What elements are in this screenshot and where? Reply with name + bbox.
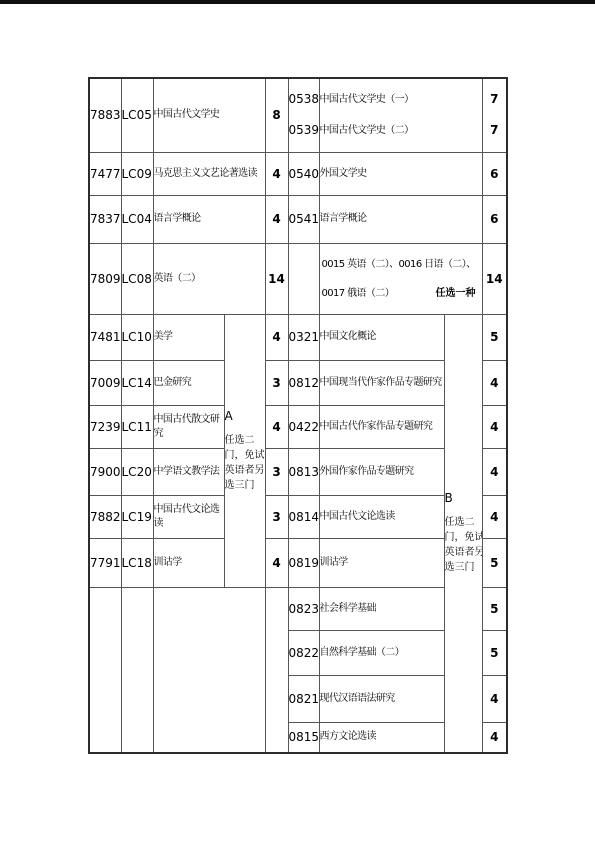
natl-credit-cell: 4: [482, 405, 507, 448]
exam-code-cell: 7900: [89, 448, 121, 495]
exam-code-cell: 7882: [89, 495, 121, 538]
lc-code-cell: LC19: [121, 495, 153, 538]
natl-credit-cell: 4: [482, 495, 507, 538]
credit-cell: 4: [265, 152, 288, 195]
credit-cell: 4: [265, 538, 288, 587]
group-b-cell: B 任选二门，免试英语者另选三门: [444, 314, 482, 753]
natl-credit-cell: 4: [482, 675, 507, 722]
natl-code-cell: 0541: [288, 195, 319, 243]
exam-code-cell: 7477: [89, 152, 121, 195]
scan-artifact-bar: [0, 0, 595, 4]
natl-code-cell: 0822: [288, 630, 319, 675]
natl-course-name-cell: 语言学概论: [319, 195, 482, 243]
natl-course-name-cell: 外国作家作品专题研究: [319, 448, 444, 495]
exam-code-cell: 7809: [89, 243, 121, 314]
empty-credit-cell: [265, 587, 288, 753]
course-name-cell: 中学语文教学法: [153, 448, 224, 495]
empty-lc-code-cell: [121, 587, 153, 753]
natl-credit-cell: 14: [482, 243, 507, 314]
table-row: 7809 LC08 英语（二） 14 0015 英语（二）、0016 日语（二）…: [89, 243, 507, 314]
lc-code-cell: LC14: [121, 360, 153, 405]
document-page: 7883 LC05 中国古代文学史 8 0538 0539 中国古代文学史（一）…: [0, 0, 595, 841]
natl-credit-cell: 5: [482, 314, 507, 360]
natl-course-name-cell: 中国古代文学史（一） 中国古代文学史（二）: [319, 78, 482, 152]
natl-course-name-cell: 中国现当代作家作品专题研究: [319, 360, 444, 405]
natl-code-cell: 0819: [288, 538, 319, 587]
group-b-label: B: [445, 491, 482, 505]
group-a-label: A: [225, 409, 265, 423]
natl-code-cell: 0823: [288, 587, 319, 630]
natl-course-name-cell: 外国文学史: [319, 152, 482, 195]
natl-course-name-cell: 训诂学: [319, 538, 444, 587]
lc-code-cell: LC20: [121, 448, 153, 495]
table-row: 7477 LC09 马克思主义文艺论著选读 4 0540 外国文学史 6: [89, 152, 507, 195]
natl-code-cell: 0538 0539: [288, 78, 319, 152]
exam-code-cell: 7837: [89, 195, 121, 243]
language-option: 0017 俄语（二）: [322, 279, 395, 308]
natl-course-name-cell: 社会科学基础: [319, 587, 444, 630]
credit-cell: 3: [265, 495, 288, 538]
exam-code-cell: 7009: [89, 360, 121, 405]
natl-code-cell: 0812: [288, 360, 319, 405]
elective-note: 任选一种: [436, 279, 476, 308]
natl-course-name-cell: 0015 英语（二）、0016 日语（二）、 0017 俄语（二） 任选一种: [319, 243, 482, 314]
credit-cell: 3: [265, 360, 288, 405]
lc-code-cell: LC04: [121, 195, 153, 243]
natl-code-cell: 0815: [288, 722, 319, 753]
credit-cell: 3: [265, 448, 288, 495]
course-name-cell: 巴金研究: [153, 360, 224, 405]
natl-credit-cell: 6: [482, 152, 507, 195]
lc-code-cell: LC11: [121, 405, 153, 448]
table-row: 7883 LC05 中国古代文学史 8 0538 0539 中国古代文学史（一）…: [89, 78, 507, 152]
lc-code-cell: LC08: [121, 243, 153, 314]
natl-code-cell: 0321: [288, 314, 319, 360]
course-name-cell: 美学: [153, 314, 224, 360]
natl-code-cell: [288, 243, 319, 314]
natl-credit-cell: 4: [482, 722, 507, 753]
credit-cell: 4: [265, 405, 288, 448]
course-name-cell: 中国古代文学史: [153, 78, 265, 152]
exam-code-cell: 7481: [89, 314, 121, 360]
group-a-note: 任选二门，免试英语者另选三门: [225, 433, 265, 493]
language-options-line1: 0015 英语（二）、0016 日语（二）、: [320, 250, 482, 279]
natl-code-cell: 0814: [288, 495, 319, 538]
credit-cell: 14: [265, 243, 288, 314]
credit-cell: 4: [265, 314, 288, 360]
natl-credit-cell: 5: [482, 630, 507, 675]
lc-code-cell: LC05: [121, 78, 153, 152]
natl-credit-cell: 4: [482, 448, 507, 495]
empty-exam-code-cell: [89, 587, 121, 753]
table-row: 7837 LC04 语言学概论 4 0541 语言学概论 6: [89, 195, 507, 243]
lc-code-cell: LC18: [121, 538, 153, 587]
group-a-cell: A 任选二门，免试英语者另选三门: [224, 314, 265, 587]
exam-code-cell: 7791: [89, 538, 121, 587]
natl-course-name-cell: 中国古代文论选读: [319, 495, 444, 538]
course-name-cell: 中国古代散文研究: [153, 405, 224, 448]
exam-code-cell: 7883: [89, 78, 121, 152]
natl-credit-cell: 5: [482, 538, 507, 587]
credit-cell: 4: [265, 195, 288, 243]
empty-course-name-cell: [153, 587, 265, 753]
course-name-cell: 训诂学: [153, 538, 224, 587]
natl-course-name-cell: 自然科学基础（二）: [319, 630, 444, 675]
natl-code-cell: 0821: [288, 675, 319, 722]
natl-course-name-cell: 西方文论选读: [319, 722, 444, 753]
natl-code-cell: 0540: [288, 152, 319, 195]
lc-code-cell: LC09: [121, 152, 153, 195]
course-name-cell: 马克思主义文艺论著选读: [153, 152, 265, 195]
lc-code-cell: LC10: [121, 314, 153, 360]
natl-course-name-cell: 现代汉语语法研究: [319, 675, 444, 722]
natl-code-cell: 0813: [288, 448, 319, 495]
natl-course-name-cell: 中国古代作家作品专题研究: [319, 405, 444, 448]
course-name-cell: 中国古代文论选读: [153, 495, 224, 538]
course-credit-table: 7883 LC05 中国古代文学史 8 0538 0539 中国古代文学史（一）…: [88, 77, 508, 754]
natl-credit-cell: 4: [482, 360, 507, 405]
exam-code-cell: 7239: [89, 405, 121, 448]
natl-credit-cell: 6: [482, 195, 507, 243]
natl-credit-cell: 5: [482, 587, 507, 630]
language-options-line2: 0017 俄语（二） 任选一种: [320, 279, 482, 308]
course-name-cell: 英语（二）: [153, 243, 265, 314]
credit-cell: 8: [265, 78, 288, 152]
table-row: 7481 LC10 美学 A 任选二门，免试英语者另选三门 4 0321 中国文…: [89, 314, 507, 360]
group-b-note: 任选二门，免试英语者另选三门: [445, 515, 483, 575]
natl-code-cell: 0422: [288, 405, 319, 448]
course-name-cell: 语言学概论: [153, 195, 265, 243]
natl-credit-cell: 7 7: [482, 78, 507, 152]
natl-course-name-cell: 中国文化概论: [319, 314, 444, 360]
